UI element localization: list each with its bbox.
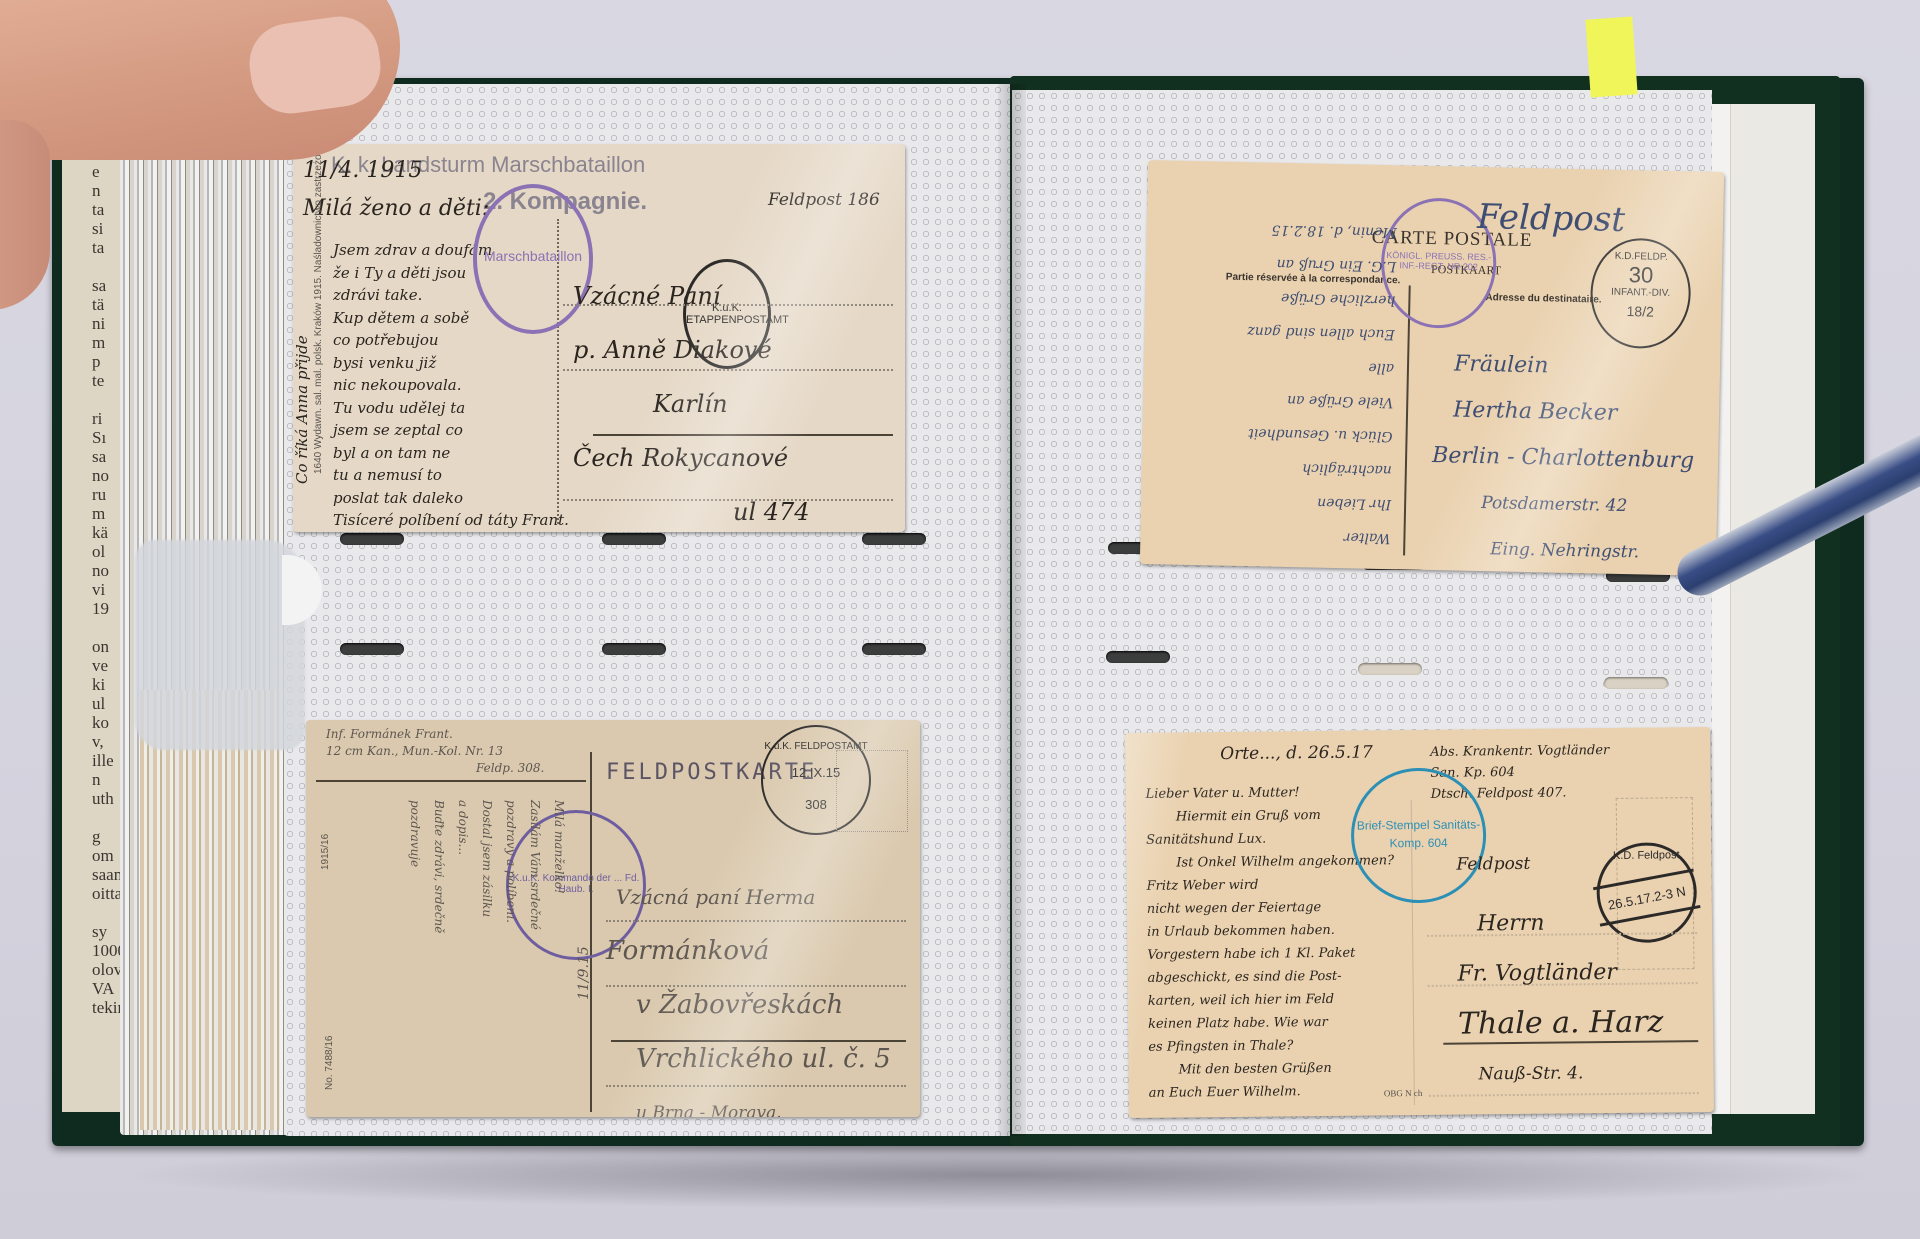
postcard-top-right[interactable]: CARTE POSTALE POSTKAART Partie réservée … — [1140, 160, 1724, 576]
pocket-slot — [862, 643, 926, 655]
yellow-bookmark-tab[interactable] — [1585, 16, 1637, 97]
pocket-slot — [862, 533, 926, 545]
pocket-slot — [340, 533, 404, 545]
postcard-bottom-left[interactable]: Inf. Formánek Frant.12 cm Kan., Mun.-Kol… — [306, 720, 920, 1117]
repair-tape — [135, 540, 305, 750]
pocket-slot — [1604, 677, 1668, 689]
album-gutter — [998, 84, 1026, 1136]
album-shadow — [120, 1140, 1880, 1210]
pocket-slot — [1106, 651, 1170, 663]
pocket-slot — [340, 643, 404, 655]
white-leaf-back — [1730, 104, 1815, 1114]
pocket-slot — [602, 643, 666, 655]
postcard-top-left[interactable]: K. k. Landsturm Marschbataillon 2. Kompa… — [293, 144, 905, 532]
hand-palm — [0, 120, 50, 310]
pocket-slot — [1358, 663, 1422, 675]
page-stack-postcards — [140, 690, 280, 1130]
pocket-slot — [602, 533, 666, 545]
postcard-bottom-right[interactable]: Orte..., d. 26.5.17 Abs. Krankentr. Vogt… — [1125, 727, 1714, 1118]
